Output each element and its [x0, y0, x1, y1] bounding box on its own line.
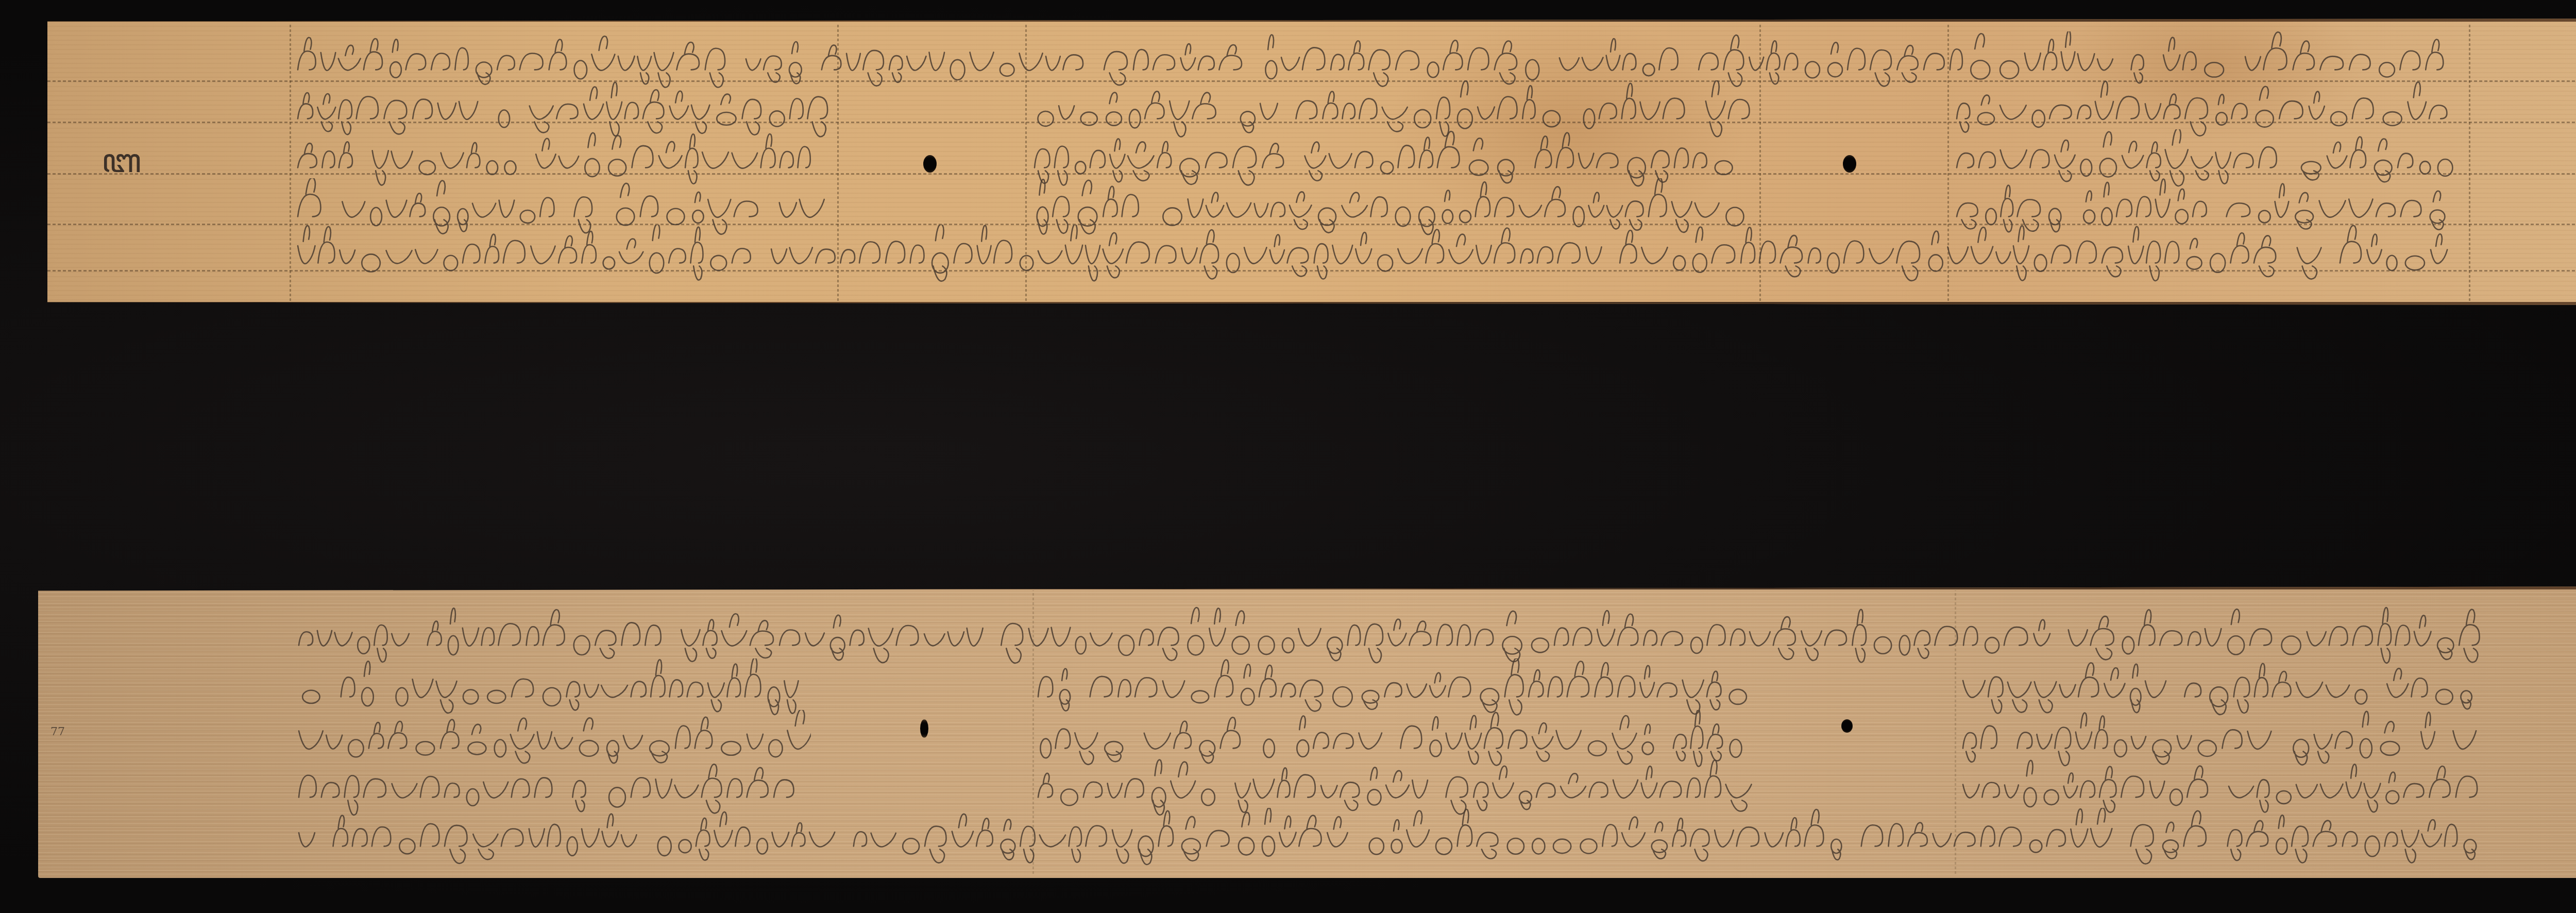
script-strokes: [295, 225, 2469, 286]
leaf-number-mark: 77: [50, 726, 65, 738]
script-line-5: [296, 808, 2490, 870]
ruling-vertical: [2469, 23, 2470, 301]
binding-hole: [1843, 155, 1856, 173]
ruling-vertical: [290, 23, 291, 301]
palm-leaf-1: ꦧ: [47, 19, 2576, 305]
binding-hole: [920, 719, 928, 738]
binding-hole: [923, 155, 937, 173]
script-line-5: [295, 225, 2469, 286]
script-strokes: [296, 808, 2490, 870]
palm-leaf-2: 77: [38, 586, 2576, 878]
binding-hole: [1841, 719, 1853, 733]
leaf-number-mark: ꦧ: [101, 145, 141, 178]
